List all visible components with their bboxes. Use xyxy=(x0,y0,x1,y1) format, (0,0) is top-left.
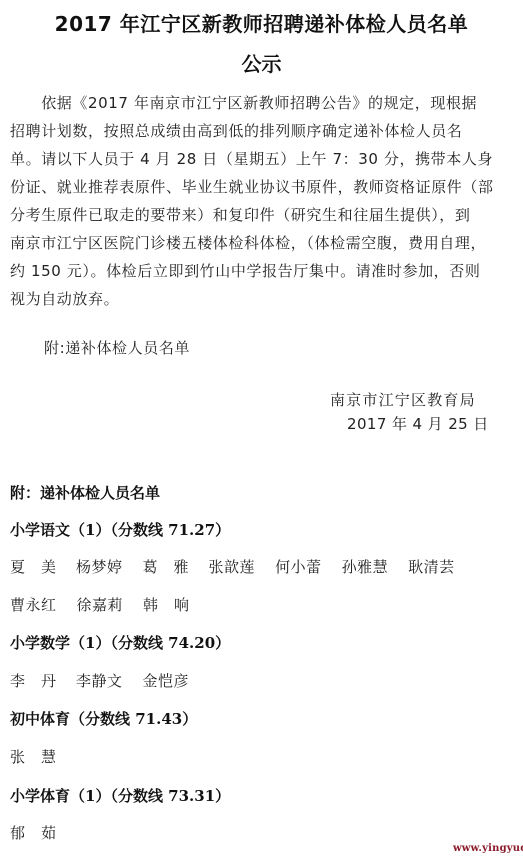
person-name: 张歆莲 xyxy=(209,556,256,577)
names-row: 郁茹 xyxy=(10,822,76,843)
person-name: 张慧 xyxy=(10,746,72,767)
body-line: 份证、就业推荐表原件、毕业生就业协议书原件，教师资格证原件（部 xyxy=(10,176,494,197)
list-title: 附：递补体检人员名单 xyxy=(10,482,160,503)
body-line: 南京市江宁区医院门诊楼五楼体检科体检，（体检需空腹，费用自理， xyxy=(10,232,486,253)
document-title: 2017 年江宁区新教师招聘递补体检人员名单 xyxy=(0,8,523,37)
person-name: 耿清芸 xyxy=(408,556,455,577)
names-row: 张慧 xyxy=(10,746,76,767)
signature-organization: 南京市江宁区教育局 xyxy=(330,389,476,410)
signature-date: 2017 年 4 月 25 日 xyxy=(347,413,489,434)
body-line: 视为自动放弃。 xyxy=(10,288,119,309)
body-line: 招聘计划数，按照总成绩由高到低的排列顺序确定递补体检人员名 xyxy=(10,120,462,141)
group-heading-chinese: 小学语文（1）（分数线 71.27） xyxy=(10,519,230,540)
document-subtitle: 公示 xyxy=(0,48,523,77)
person-name: 夏美 xyxy=(10,556,72,577)
body-line: 单。请以下人员于 4 月 28 日（星期五）上午 7：30 分，携带本人身 xyxy=(10,148,493,169)
body-line: 约 150 元）。体检后立即到竹山中学报告厅集中。请准时参加，否则 xyxy=(10,260,480,281)
person-name: 李静文 xyxy=(76,670,123,691)
watermark: www.yingyude xyxy=(453,843,523,854)
names-row: 曹永红 徐嘉莉 韩响 xyxy=(10,594,209,615)
person-name: 葛雅 xyxy=(143,556,205,577)
names-row: 李丹 李静文 金恺彦 xyxy=(10,670,209,691)
person-name: 孙雅慧 xyxy=(342,556,389,577)
names-row: 夏美 杨梦婷 葛雅 张歆莲 何小蕾 孙雅慧 耿清芸 xyxy=(10,556,475,577)
attachment-note: 附:递补体检人员名单 xyxy=(44,337,190,358)
person-name: 韩响 xyxy=(143,594,205,615)
group-heading-middle-pe: 初中体育（分数线 71.43） xyxy=(10,708,197,729)
group-heading-math: 小学数学（1）（分数线 74.20） xyxy=(10,632,230,653)
body-line: 分考生原件已取走的要带来）和复印件（研究生和往届生提供），到 xyxy=(10,204,471,225)
person-name: 李丹 xyxy=(10,670,72,691)
body-line: 依据《2017 年南京市江宁区新教师招聘公告》的规定，现根据 xyxy=(10,92,477,113)
person-name: 曹永红 xyxy=(10,594,57,615)
person-name: 何小蕾 xyxy=(275,556,322,577)
person-name: 杨梦婷 xyxy=(76,556,123,577)
person-name: 郁茹 xyxy=(10,822,72,843)
person-name: 徐嘉莉 xyxy=(77,594,124,615)
person-name: 金恺彦 xyxy=(143,670,190,691)
group-heading-primary-pe: 小学体育（1）（分数线 73.31） xyxy=(10,785,230,806)
